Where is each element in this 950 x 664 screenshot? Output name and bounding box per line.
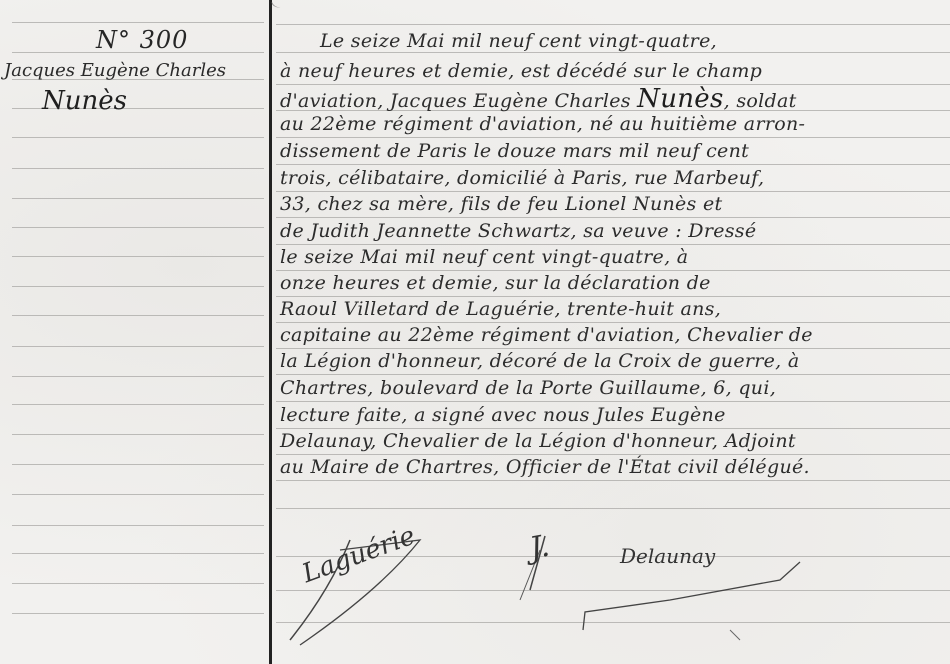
ruled-line: [276, 270, 950, 271]
ruled-line: [12, 256, 264, 257]
divider-flourish: [271, 0, 284, 10]
record-line: à neuf heures et demie, est décédé sur l…: [280, 60, 762, 82]
ruled-line: [12, 227, 264, 228]
ruled-line: [276, 322, 950, 323]
ruled-line: [12, 464, 264, 465]
record-line: d'aviation, Jacques Eugène Charles Nunès…: [280, 84, 797, 114]
ruled-line: [12, 346, 264, 347]
ruled-line: [276, 480, 950, 481]
ruled-line: [12, 137, 264, 138]
ruled-line: [12, 315, 264, 316]
ruled-line: [276, 137, 950, 138]
record-line: Raoul Villetard de Laguérie, trente-huit…: [280, 298, 721, 320]
ruled-line: [276, 24, 950, 25]
signatures-area: Laguérie J. Delaunay: [280, 530, 948, 664]
record-line: Delaunay, Chevalier de la Légion d'honne…: [280, 430, 796, 452]
register-page: N° 300 Jacques Eugène Charles Nunès Le s…: [0, 0, 950, 664]
ruled-line: [12, 613, 264, 614]
ruled-line: [12, 286, 264, 287]
entry-number: N° 300: [96, 26, 188, 54]
record-line: dissement de Paris le douze mars mil neu…: [280, 140, 749, 162]
ruled-line: [276, 348, 950, 349]
ruled-line: [276, 164, 950, 165]
record-line: capitaine au 22ème régiment d'aviation, …: [280, 324, 813, 346]
ruled-line: [12, 198, 264, 199]
record-line: le seize Mai mil neuf cent vingt-quatre,…: [280, 246, 688, 268]
ruled-line: [12, 404, 264, 405]
record-line: onze heures et demie, sur la déclaration…: [280, 272, 711, 294]
ruled-line: [12, 168, 264, 169]
ruled-line: [12, 525, 264, 526]
record-line: Le seize Mai mil neuf cent vingt-quatre,: [320, 30, 717, 52]
ruled-line: [276, 454, 950, 455]
ruled-line: [12, 22, 264, 23]
ruled-line: [12, 376, 264, 377]
ruled-line: [12, 434, 264, 435]
record-line: de Judith Jeannette Schwartz, sa veuve :…: [280, 220, 756, 242]
ruled-line: [276, 217, 950, 218]
record-line: au 22ème régiment d'aviation, né au huit…: [280, 113, 805, 135]
ruled-line: [276, 52, 950, 53]
record-line: au Maire de Chartres, Officier de l'État…: [280, 456, 810, 478]
deceased-surname: Nunès: [637, 84, 723, 114]
record-line: Chartres, boulevard de la Porte Guillaum…: [280, 377, 776, 399]
margin-surname: Nunès: [42, 86, 127, 116]
ruled-line: [276, 296, 950, 297]
ruled-line: [12, 553, 264, 554]
ruled-line: [276, 428, 950, 429]
signature-officer: Delaunay: [620, 544, 715, 568]
ruled-line: [12, 583, 264, 584]
record-line: la Légion d'honneur, décoré de la Croix …: [280, 350, 800, 372]
record-line: trois, célibataire, domicilié à Paris, r…: [280, 167, 764, 189]
ruled-line: [276, 244, 950, 245]
ruled-line: [276, 401, 950, 402]
ruled-line: [12, 494, 264, 495]
margin-given-names: Jacques Eugène Charles: [4, 60, 226, 81]
record-line: 33, chez sa mère, fils de feu Lionel Nun…: [280, 193, 722, 215]
ruled-line: [276, 508, 950, 509]
margin-divider: [269, 0, 272, 664]
ruled-line: [276, 374, 950, 375]
record-line: lecture faite, a signé avec nous Jules E…: [280, 404, 726, 426]
ruled-line: [276, 191, 950, 192]
